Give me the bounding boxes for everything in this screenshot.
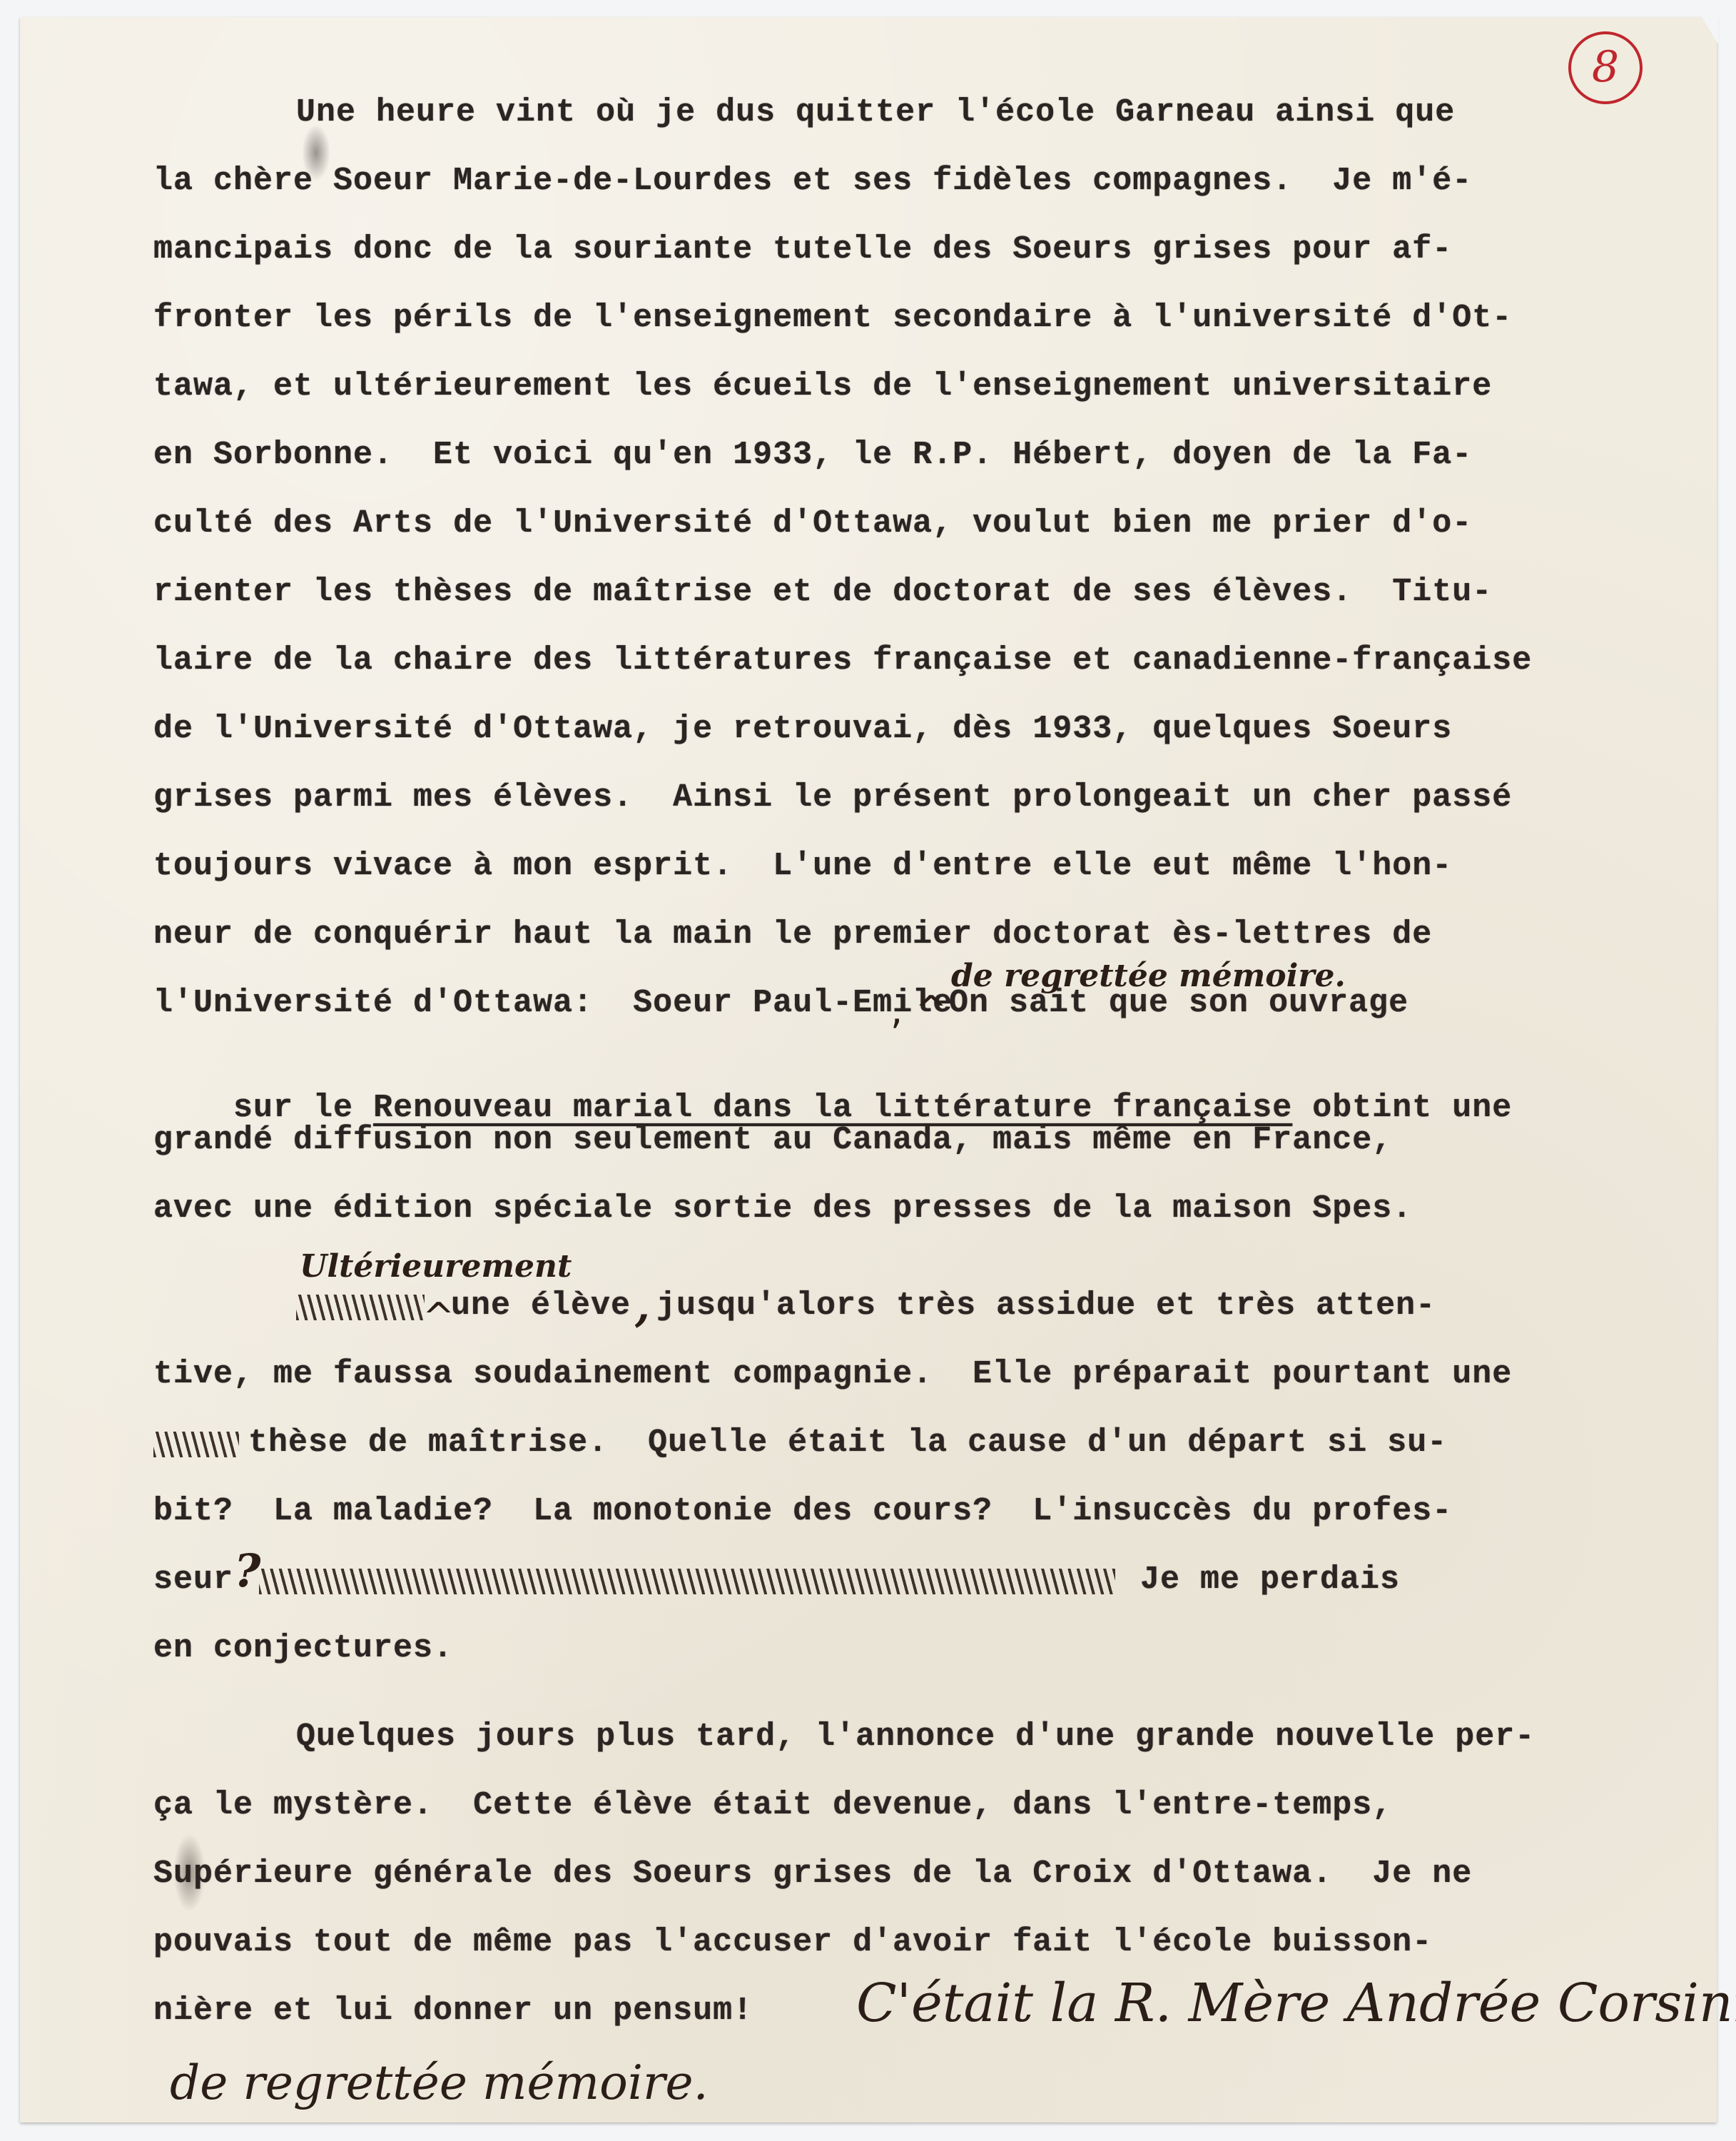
text-line-14b: On sait que son ouvrage: [949, 985, 1408, 1021]
crossed-out-word: [296, 1295, 425, 1320]
text-line-26: Supérieure générale des Soeurs grises de…: [153, 1856, 1472, 1892]
handwritten-note-line-2: de regrettée mémoire.: [170, 2055, 709, 2110]
text-segment: obtint une: [1292, 1090, 1512, 1126]
text-line-9: laire de la chaire des littératures fran…: [153, 642, 1532, 679]
text-line-21: bit? La maladie? La monotonie des cours?…: [153, 1493, 1452, 1529]
text-line-10: de l'Université d'Ottawa, je retrouvai, …: [153, 711, 1452, 747]
handwritten-insert-ulterieurement: Ultérieurement: [300, 1248, 572, 1285]
typewritten-page: 8 Une heure vint où je dus quitter l'éco…: [20, 17, 1717, 2122]
torn-corner: [1690, 16, 1718, 44]
text-line-1: Une heure vint où je dus quitter l'école…: [296, 94, 1455, 131]
insert-caret-icon: , ^: [890, 988, 948, 1033]
text-line-11: grises parmi mes élèves. Ainsi le présen…: [153, 779, 1512, 816]
text-line-14a: l'Université d'Ottawa: Soeur Paul-Emile: [153, 985, 953, 1021]
text-line-18b: jusqu'alors très assidue et très atten-: [656, 1287, 1436, 1324]
text-line-2: la chère Soeur Marie-de-Lourdes et ses f…: [153, 163, 1472, 199]
text-line-5: tawa, et ultérieurement les écueils de l…: [153, 368, 1492, 405]
text-line-16: grandé diffusion non seulement au Canada…: [153, 1122, 1392, 1158]
handwritten-note-line-1: C'était la R. Mère Andrée Corsini.: [856, 1973, 1736, 2034]
text-line-18a: une élève: [451, 1287, 631, 1324]
text-line-23: en conjectures.: [153, 1630, 453, 1666]
text-line-24: Quelques jours plus tard, l'annonce d'un…: [296, 1719, 1535, 1755]
text-line-6: en Sorbonne. Et voici qu'en 1933, le R.P…: [153, 437, 1472, 473]
text-segment: sur le: [233, 1090, 373, 1126]
text-line-25: ça le mystère. Cette élève était devenue…: [153, 1787, 1392, 1823]
text-line-19: tive, me faussa soudainement compagnie. …: [153, 1356, 1512, 1392]
crossed-out-phrase: [259, 1569, 1115, 1594]
crossed-out-word: [153, 1432, 239, 1457]
text-line-27: pouvais tout de même pas l'accuser d'avo…: [153, 1924, 1432, 1960]
text-line-22a: seur: [153, 1562, 233, 1598]
text-line-28: nière et lui donner un pensum!: [153, 1993, 753, 2029]
text-line-12: toujours vivace à mon esprit. L'une d'en…: [153, 848, 1452, 884]
page-number-circled: 8: [1568, 31, 1643, 104]
text-line-17: avec une édition spéciale sortie des pre…: [153, 1190, 1412, 1227]
handwritten-comma: ,: [635, 1282, 650, 1332]
text-line-4: fronter les périls de l'enseignement sec…: [153, 300, 1512, 336]
text-line-22b: Je me perdais: [1140, 1562, 1400, 1598]
text-line-13: neur de conquérir haut la main le premie…: [153, 916, 1432, 953]
text-line-7: culté des Arts de l'Université d'Ottawa,…: [153, 505, 1472, 542]
handwritten-question-mark: ?: [234, 1544, 261, 1598]
text-line-3: mancipais donc de la souriante tutelle d…: [153, 231, 1452, 268]
text-line-8: rienter les thèses de maîtrise et de doc…: [153, 574, 1492, 610]
text-line-20: thèse de maîtrise. Quelle était la cause…: [248, 1424, 1447, 1461]
book-title-underlined: Renouveau marial dans la littérature fra…: [373, 1090, 1292, 1126]
insert-caret-icon: ^: [422, 1295, 455, 1340]
